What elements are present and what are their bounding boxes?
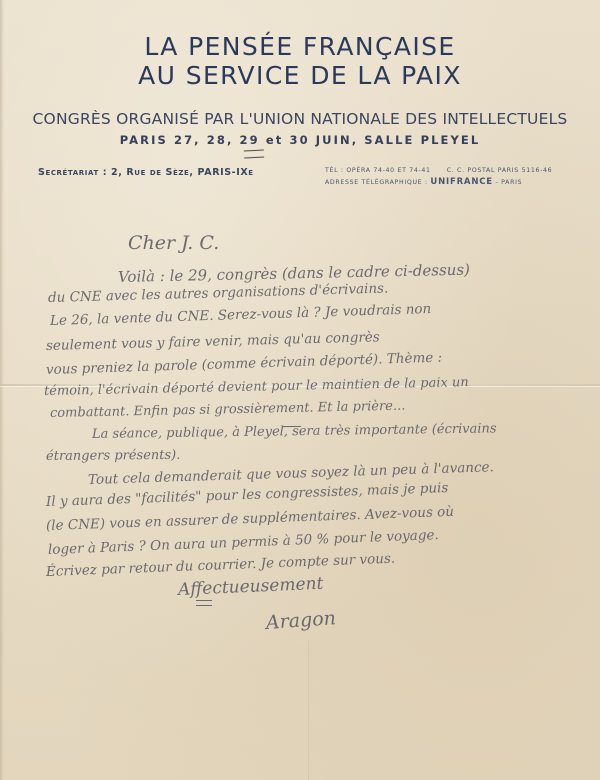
fold-crease-vertical <box>308 640 309 780</box>
handwritten-double-underline <box>244 149 264 158</box>
letter-line: Le 26, la vente du CNE. Serez-vous là ? … <box>50 301 432 329</box>
letter-line: étrangers présents). <box>46 448 180 464</box>
dates-suffix: et 30 JUIN, SALLE PLEYEL <box>260 133 481 147</box>
letter-closing: Affectueusement <box>178 574 324 600</box>
letter-signature: Aragon <box>265 607 336 634</box>
letterhead-congress-organizer: CONGRÈS ORGANISÉ PAR L'UNION NATIONALE D… <box>0 110 600 128</box>
letter-line: témoin, l'écrivain déporté devient pour … <box>44 375 469 399</box>
letterhead-secretariat-address: Secrétariat : 2, Rue de Sèze, PARIS-IXe <box>38 167 254 178</box>
letter-line: La séance, publique, à Pleyel, sera très… <box>92 421 497 442</box>
telegraphic-city: - PARIS <box>496 179 523 186</box>
handwritten-double-stroke <box>196 600 212 606</box>
letterhead-title-line1: LA PENSÉE FRANÇAISE <box>0 32 600 61</box>
letter-line: du CNE avec les autres organisations d'é… <box>48 280 389 305</box>
letterhead-contact-line1: TÉL : OPÉRA 74-40 ET 74-41C. C. POSTAL P… <box>325 167 552 174</box>
letter-line: combattant. Enfin pas si grossièrement. … <box>50 399 406 421</box>
letterhead-title-line2: AU SERVICE DE LA PAIX <box>0 61 600 90</box>
dates-highlighted-day: 29 <box>240 133 260 147</box>
telegraphic-label: ADRESSE TÉLÉGRAPHIQUE : <box>325 179 428 186</box>
letter-line: seulement vous y faire venir, mais qu'au… <box>46 329 380 354</box>
telegraphic-address: UNIFRANCE <box>430 177 492 187</box>
postal-account: C. C. POSTAL PARIS 5116-46 <box>447 167 553 174</box>
dates-prefix: PARIS 27, 28, <box>120 133 240 147</box>
letterhead-dates-venue: PARIS 27, 28, 29 et 30 JUIN, SALLE PLEYE… <box>0 133 600 147</box>
letter-line: vous preniez la parole (comme écrivain d… <box>46 350 443 378</box>
telephone: TÉL : OPÉRA 74-40 ET 74-41 <box>325 167 431 174</box>
letterhead-contact-line2: ADRESSE TÉLÉGRAPHIQUE : UNIFRANCE - PARI… <box>325 177 522 187</box>
letter-salutation: Cher J. C. <box>128 232 219 254</box>
letter-page: LA PENSÉE FRANÇAISE AU SERVICE DE LA PAI… <box>0 0 600 780</box>
